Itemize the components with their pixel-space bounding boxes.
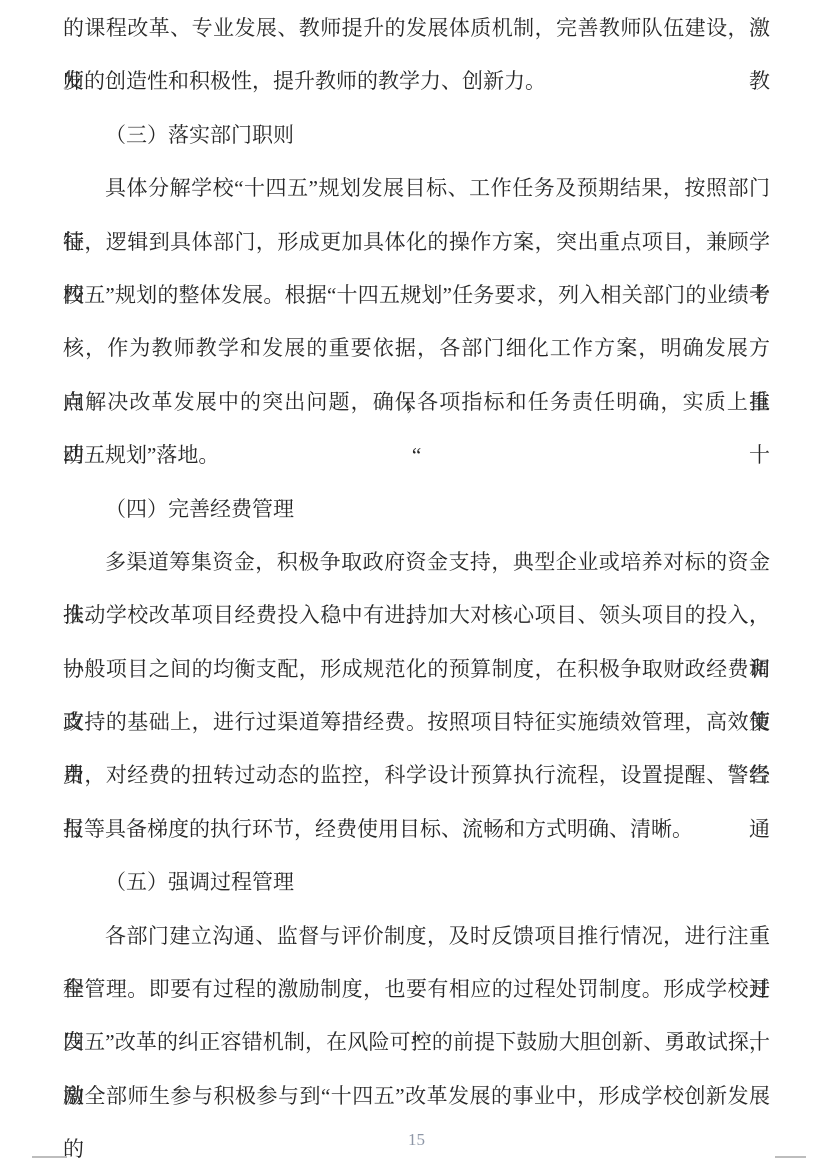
text-line: 报等具备梯度的执行环节，经费使用目标、流畅和方式明确、清晰。 [63, 803, 770, 856]
text-line: 各部门建立沟通、监督与评价制度，及时反馈项目推行情况，进行注重全过 [63, 910, 770, 963]
text-line: 四五”规划的整体发展。根据“十四五规划”任务要求，列入相关部门的业绩考 [63, 269, 770, 322]
document-page: 的课程改革、专业发展、教师提升的发展体质机制，完善教师队伍建设，激发教师的创造性… [0, 0, 833, 1161]
text-line: （三）落实部门职则 [63, 109, 770, 162]
margin-crop-mark-right [775, 1156, 806, 1158]
text-line: 支持的基础上，进行过渠道筹措经费。按照项目特征实施绩效管理，高效使用经 [63, 696, 770, 749]
text-line: 费，对经费的扭转过动态的监控，科学设计预算执行流程，设置提醒、警告与通 [63, 749, 770, 802]
text-line: 四五”改革的纠正容错机制，在风险可控的前提下鼓励大胆创新、勇敢试探，激 [63, 1016, 770, 1069]
text-line: （五）强调过程管理 [63, 856, 770, 909]
text-line: 程管理。即要有过程的激励制度，也要有相应的过程处罚制度。形成学校开发“十 [63, 963, 770, 1016]
text-line: 征，逻辑到具体部门，形成更加具体化的操作方案，突出重点项目，兼顾学校“十 [63, 216, 770, 269]
page-number: 15 [0, 1127, 833, 1153]
text-line: （四）完善经费管理 [63, 483, 770, 536]
margin-crop-mark-left [32, 1156, 67, 1158]
text-line: 励全部师生参与积极参与到“十四五”改革发展的事业中，形成学校创新发展的 [63, 1070, 770, 1123]
document-body: 的课程改革、专业发展、教师提升的发展体质机制，完善教师队伍建设，激发教师的创造性… [63, 2, 770, 1123]
text-line: 多渠道筹集资金，积极争取政府资金支持，典型企业或培养对标的资金扶持， [63, 536, 770, 589]
text-line: 推动学校改革项目经费投入稳中有进。加大对核心项目、领头项目的投入，协调 [63, 589, 770, 642]
text-line: 点解决改革发展中的突出问题，确保各项指标和任务责任明确，实质上推动“十 [63, 376, 770, 429]
text-line: 核，作为教师教学和发展的重要依据，各部门细化工作方案，明确发展方向，重 [63, 322, 770, 375]
text-line: 具体分解学校“十四五”规划发展目标、工作任务及预期结果，按照部门特 [63, 162, 770, 215]
text-line: 一般项目之间的均衡支配，形成规范化的预算制度，在积极争取财政经费和政策 [63, 643, 770, 696]
text-line: 的课程改革、专业发展、教师提升的发展体质机制，完善教师队伍建设，激发教 [63, 2, 770, 55]
